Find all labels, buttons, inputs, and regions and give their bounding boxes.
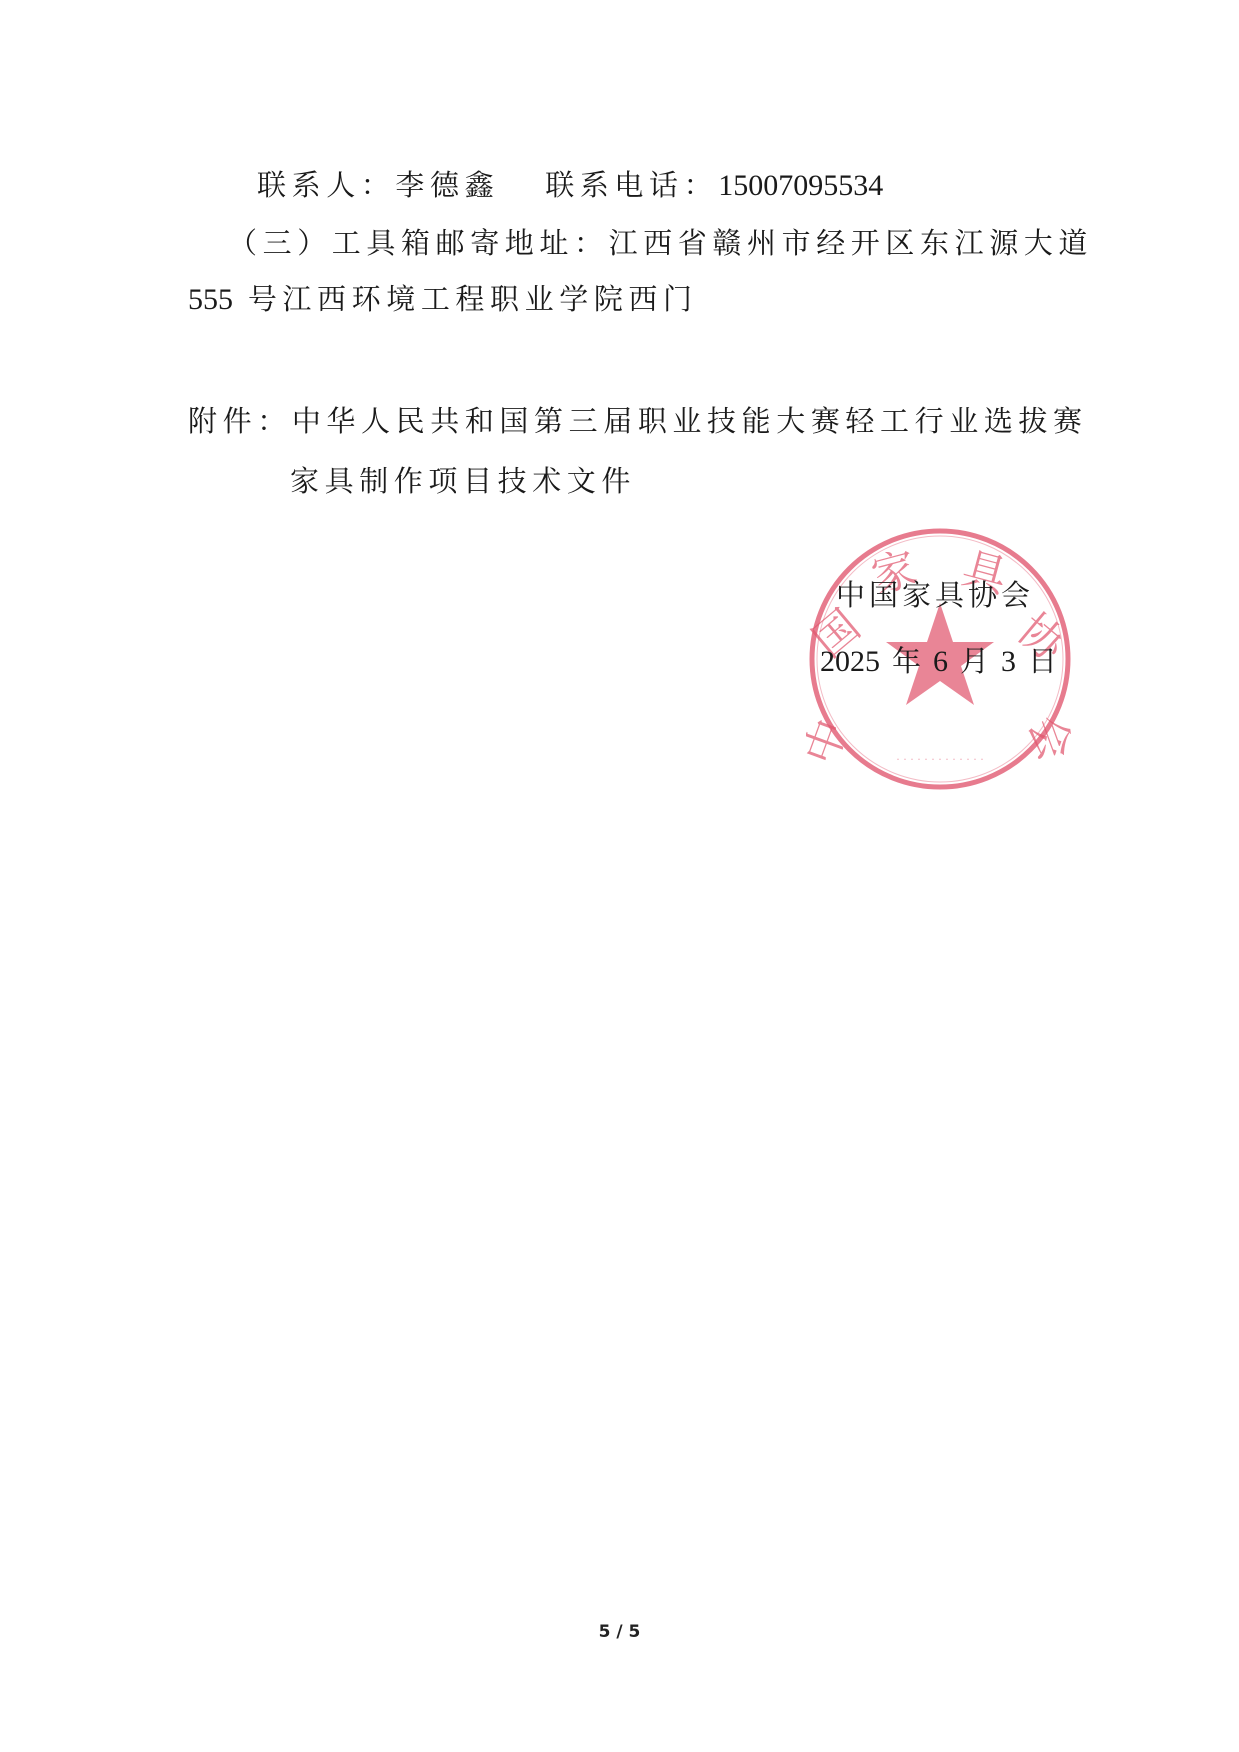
phone-number: 15007095534 bbox=[718, 169, 883, 202]
attachment-title-2: 家具制作项目技术文件 bbox=[290, 464, 636, 498]
date-day-unit: 日 bbox=[1028, 644, 1057, 678]
attachment-title-1: 中华人民共和国第三届职业技能大赛轻工行业选拔赛 bbox=[292, 404, 1088, 438]
attachment-line-1: 附件：中华人民共和国第三届职业技能大赛轻工行业选拔赛 bbox=[188, 404, 1088, 438]
date-year: 2025 bbox=[820, 645, 880, 678]
address-rest: 号江西环境工程职业学院西门 bbox=[233, 282, 698, 316]
contact-line: 联系人：李德鑫联系电话：15007095534 bbox=[257, 168, 883, 203]
page-indicator: 5 / 5 bbox=[0, 1622, 1239, 1642]
stamp-char: 中 bbox=[806, 713, 858, 772]
date-day: 3 bbox=[1001, 645, 1016, 678]
signature-date: 2025年6月3日 bbox=[820, 644, 1057, 679]
mailing-address-line-2: 555 号江西环境工程职业学院西门 bbox=[188, 282, 698, 317]
date-year-unit: 年 bbox=[892, 644, 921, 678]
date-month-unit: 月 bbox=[960, 644, 989, 678]
signature-organization: 中国家具协会 bbox=[836, 578, 1034, 612]
contact-name: 李德鑫 bbox=[395, 168, 499, 202]
svg-text:· · · · · · · · · · · · ·: · · · · · · · · · · · · · bbox=[896, 753, 983, 766]
contact-label: 联系人： bbox=[257, 168, 395, 202]
mailing-address-line-1: （三）工具箱邮寄地址：江西省赣州市经开区东江源大道 bbox=[228, 226, 1093, 260]
stamp-char: 会 bbox=[1018, 709, 1074, 768]
address-number: 555 bbox=[188, 283, 233, 316]
attachment-label: 附件： bbox=[188, 404, 292, 438]
date-month: 6 bbox=[933, 645, 948, 678]
phone-label: 联系电话： bbox=[545, 168, 718, 202]
